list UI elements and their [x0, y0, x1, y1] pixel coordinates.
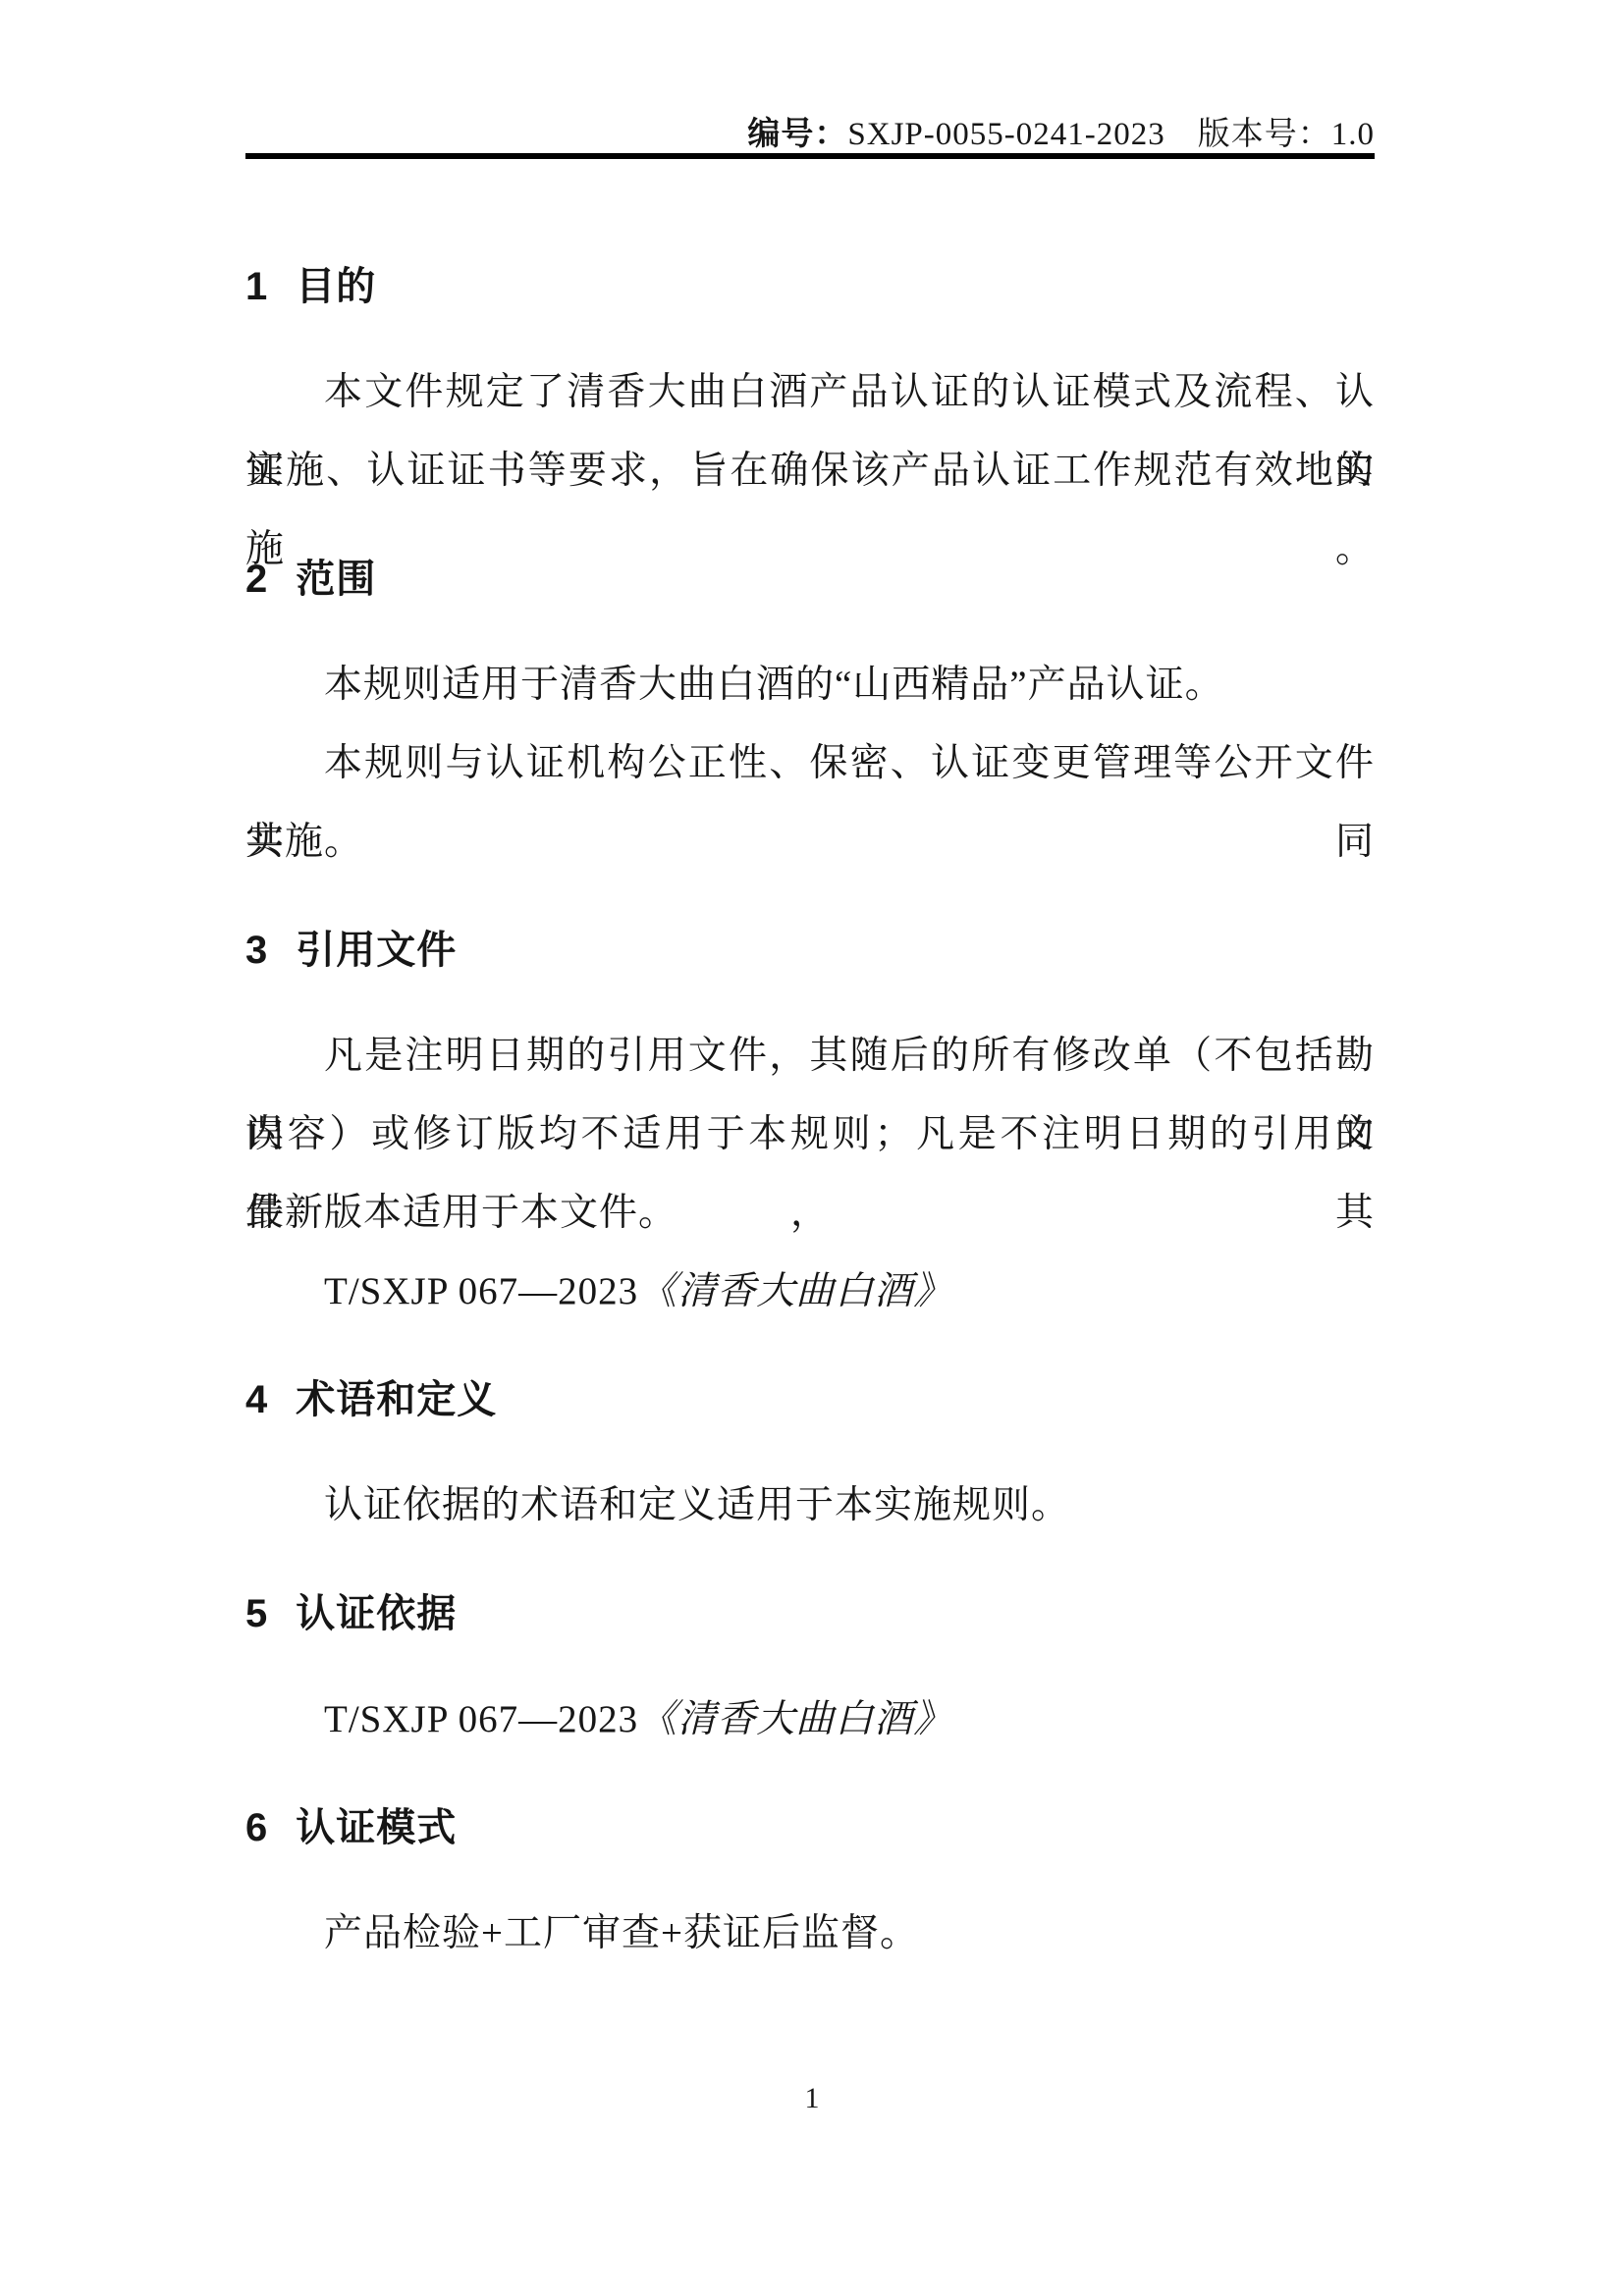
- section-title: 范围: [296, 558, 376, 601]
- reference-line: T/SXJP 067—2023《清香大曲白酒》: [245, 1681, 1375, 1759]
- paragraph-line: 实施、认证证书等要求，旨在确保该产品认证工作规范有效地实施。: [245, 432, 1375, 510]
- paragraph-line: 凡是注明日期的引用文件，其随后的所有修改单（不包括勘误的: [245, 1017, 1375, 1095]
- section-heading-5: 5认证依据: [245, 1575, 1375, 1653]
- page-header: 编号：SXJP-0055-0241-2023版本号：1.0: [245, 0, 1375, 159]
- reference-line: T/SXJP 067—2023《清香大曲白酒》: [245, 1253, 1375, 1331]
- section-number: 5: [245, 1575, 268, 1653]
- section-heading-4: 4术语和定义: [245, 1361, 1375, 1439]
- standard-title: 《清香大曲白酒》: [638, 1698, 952, 1740]
- section-title: 认证模式: [296, 1806, 457, 1849]
- version-label: 版本号：: [1198, 117, 1331, 152]
- section-number: 1: [245, 247, 268, 326]
- section-number: 4: [245, 1361, 268, 1439]
- section-title: 术语和定义: [296, 1378, 497, 1421]
- doc-number-value: SXJP-0055-0241-2023: [847, 117, 1164, 152]
- document-page: { "header": { "number_label": "编号：", "nu…: [0, 0, 1624, 2296]
- paragraph-line: 本文件规定了清香大曲白酒产品认证的认证模式及流程、认证的: [245, 353, 1375, 432]
- section-heading-1: 1目的: [245, 247, 1375, 326]
- section-title: 认证依据: [296, 1592, 457, 1635]
- paragraph-line: 内容）或修订版均不适用于本规则；凡是不注明日期的引用文件，其: [245, 1095, 1375, 1174]
- section-title: 目的: [296, 265, 376, 308]
- section-number: 2: [245, 540, 268, 618]
- paragraph-line: 产品检验+工厂审查+获证后监督。: [245, 1895, 1375, 1973]
- page-number: 1: [0, 2079, 1624, 2118]
- section-title: 引用文件: [296, 929, 457, 972]
- doc-number-label: 编号：: [747, 117, 847, 152]
- header-rule: [245, 153, 1375, 159]
- paragraph-line: 本规则与认证机构公正性、保密、认证变更管理等公开文件共同: [245, 724, 1375, 803]
- doc-number-line: 编号：SXJP-0055-0241-2023版本号：1.0: [245, 116, 1375, 153]
- document-body: 1目的 本文件规定了清香大曲白酒产品认证的认证模式及流程、认证的 实施、认证证书…: [245, 247, 1375, 1973]
- paragraph-line: 本规则适用于清香大曲白酒的“山西精品”产品认证。: [245, 646, 1375, 724]
- standard-title: 《清香大曲白酒》: [638, 1270, 952, 1312]
- section-heading-3: 3引用文件: [245, 911, 1375, 989]
- section-heading-6: 6认证模式: [245, 1789, 1375, 1867]
- section-number: 3: [245, 911, 268, 989]
- section-number: 6: [245, 1789, 268, 1867]
- paragraph-line: 认证依据的术语和定义适用于本实施规则。: [245, 1467, 1375, 1545]
- standard-code: T/SXJP 067—2023: [324, 1698, 638, 1740]
- standard-code: T/SXJP 067—2023: [324, 1270, 638, 1312]
- version-value: 1.0: [1331, 117, 1375, 152]
